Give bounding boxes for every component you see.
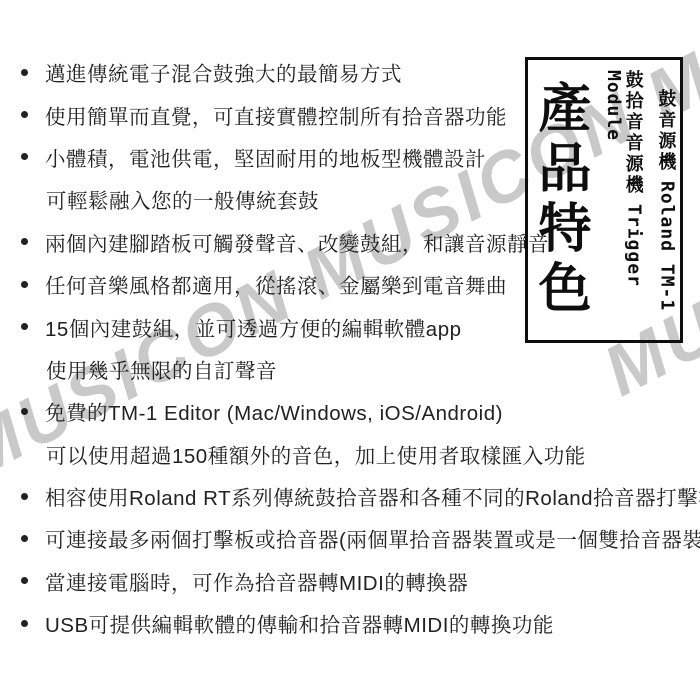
bullet-dot-icon — [21, 408, 28, 415]
bullet-dot-icon — [21, 69, 28, 76]
feature-line: 免費的TM-1 Editor (Mac/Windows, iOS/Android… — [8, 390, 698, 432]
bullet-dot-icon — [21, 620, 28, 627]
bullet-dot-icon — [21, 535, 28, 542]
bullet-dot-icon — [21, 323, 28, 330]
feature-text: 任何音樂風格都適用，從搖滾、金屬樂到電音舞曲 — [45, 269, 507, 299]
bullet-dot-icon — [21, 577, 28, 584]
box-subtitle-trigger-module: 鼓拾音音源機 Trigger Module — [602, 70, 644, 330]
feature-line: 可連接最多兩個打擊板或拾音器(兩個單拾音器裝置或是一個雙拾音器裝置) — [8, 517, 698, 559]
feature-text: USB可提供編輯軟體的傳輸和拾音器轉MIDI的轉換功能 — [45, 608, 554, 638]
box-subtitle-latin: Roland TM-1 — [656, 181, 677, 311]
feature-line-continuation: 使用幾乎無限的自訂聲音 — [8, 348, 698, 390]
bullet-dot-icon — [21, 238, 28, 245]
bullet-dot-icon — [21, 281, 28, 288]
box-subtitle-cjk: 鼓拾音音源機 — [624, 70, 644, 196]
feature-line-continuation: 可以使用超過150種額外的音色，加上使用者取樣匯入功能 — [8, 433, 698, 475]
feature-text: 15個內建鼓組，並可透過方便的編輯軟體app — [45, 312, 462, 342]
feature-line: 當連接電腦時，可作為拾音器轉MIDI的轉換器 — [8, 560, 698, 602]
bullet-dot-icon — [21, 493, 28, 500]
feature-text: 小體積，電池供電，堅固耐用的地板型機體設計 — [45, 142, 486, 172]
feature-line: 相容使用Roland RT系列傳統鼓拾音器和各種不同的Roland拾音器打擊板 — [8, 475, 698, 517]
feature-text: 當連接電腦時，可作為拾音器轉MIDI的轉換器 — [45, 566, 468, 596]
feature-text: 邁進傳統電子混合鼓強大的最簡易方式 — [45, 57, 402, 87]
feature-text: 可輕鬆融入您的一般傳統套鼓 — [46, 184, 319, 214]
box-title-vertical: 產品特色 — [534, 80, 587, 320]
feature-text: 兩個內建腳踏板可觸發聲音、改變鼓組，和讓音源靜音 — [45, 227, 549, 257]
product-features-box: 產品特色 鼓拾音音源機 Trigger Module 鼓音源機 Roland T… — [525, 57, 683, 343]
box-subtitle-cjk: 鼓音源機 — [656, 89, 676, 173]
feature-text: 可以使用超過150種額外的音色，加上使用者取樣匯入功能 — [46, 439, 586, 469]
feature-text: 相容使用Roland RT系列傳統鼓拾音器和各種不同的Roland拾音器打擊板 — [45, 481, 700, 511]
feature-text: 使用簡單而直覺，可直接實體控制所有拾音器功能 — [45, 100, 507, 130]
bullet-dot-icon — [21, 111, 28, 118]
feature-text: 使用幾乎無限的自訂聲音 — [46, 354, 277, 384]
feature-line: USB可提供編輯軟體的傳輸和拾音器轉MIDI的轉換功能 — [8, 602, 698, 644]
bullet-dot-icon — [21, 153, 28, 160]
feature-text: 可連接最多兩個打擊板或拾音器(兩個單拾音器裝置或是一個雙拾音器裝置) — [45, 523, 700, 553]
box-subtitle-roland-tm1: 鼓音源機 Roland TM-1 — [656, 89, 677, 311]
feature-text: 免費的TM-1 Editor (Mac/Windows, iOS/Android… — [45, 396, 503, 426]
